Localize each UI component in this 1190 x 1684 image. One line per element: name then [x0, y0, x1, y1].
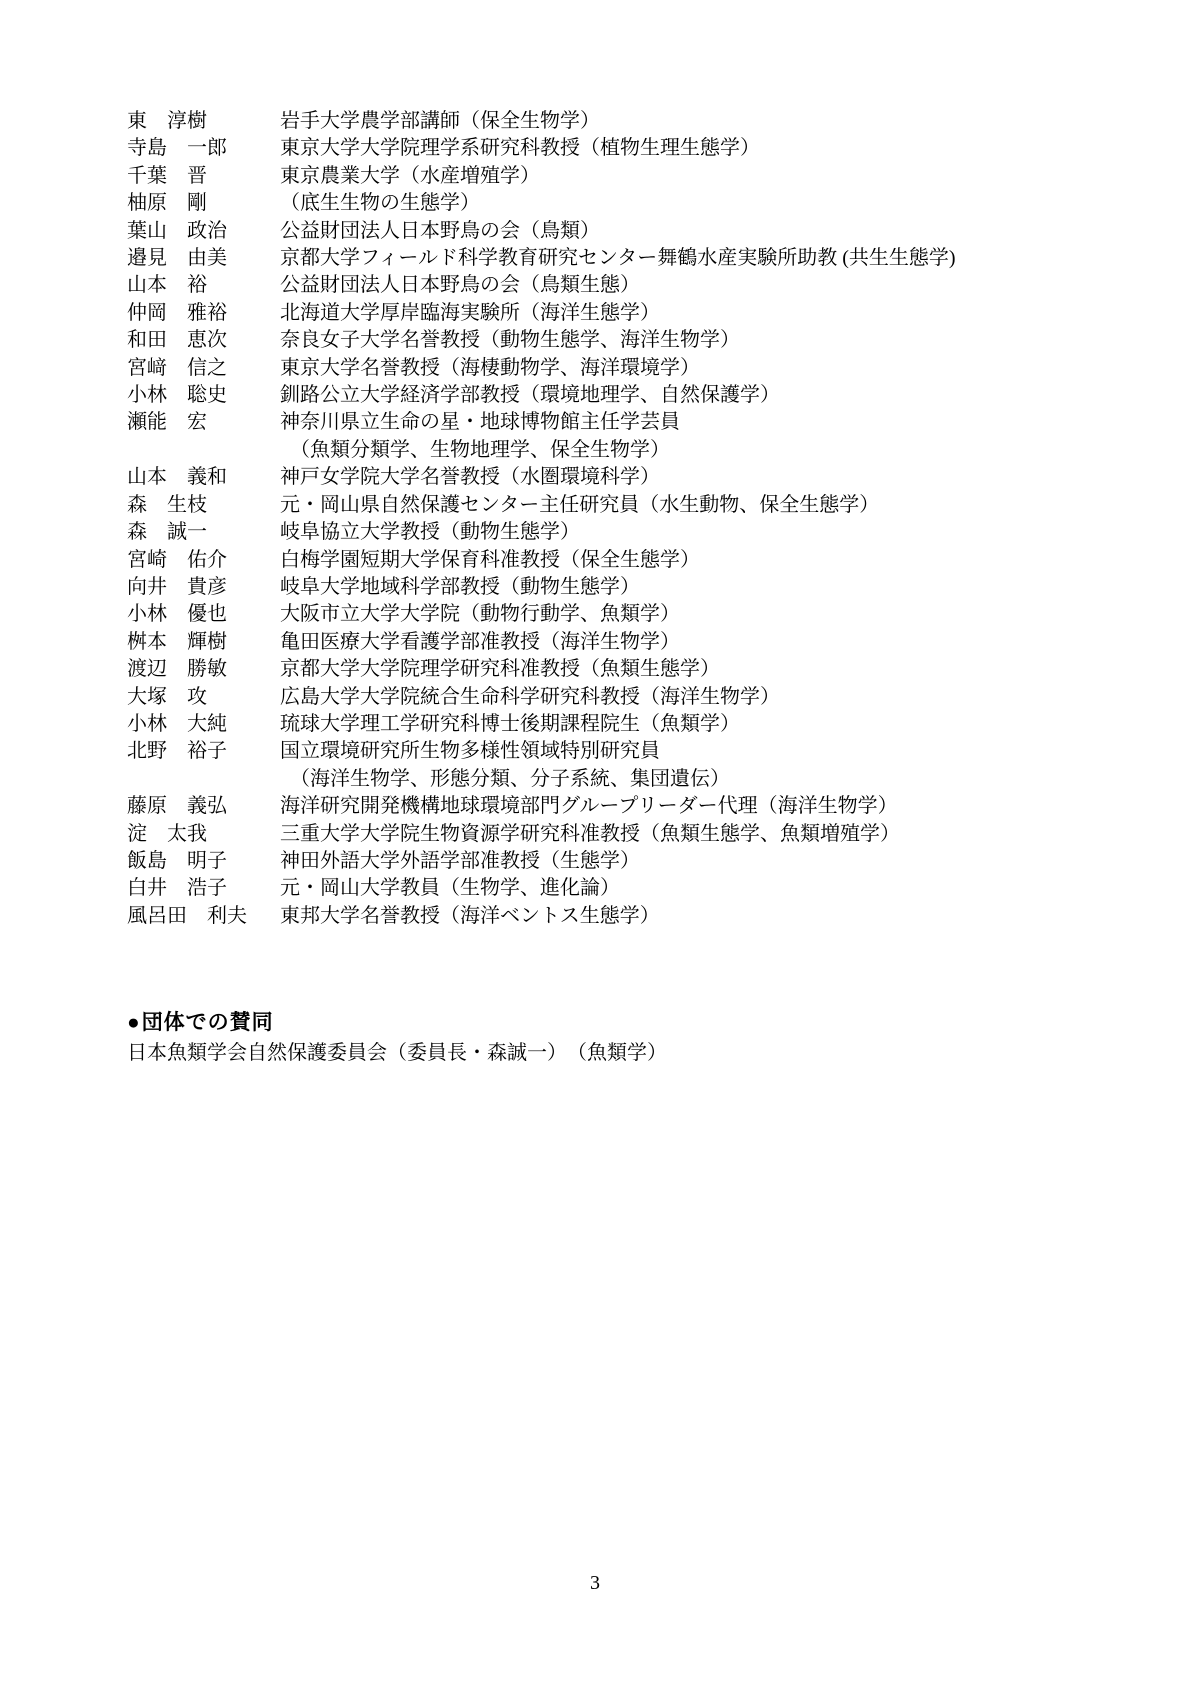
supporter-row: 葉山 政治 公益財団法人日本野鳥の会（鳥類）	[127, 218, 1167, 245]
supporter-name: 桝本 輝樹	[127, 629, 280, 656]
supporter-name: 渡辺 勝敏	[127, 656, 280, 683]
supporter-affiliation: 白梅学園短期大学保育科准教授（保全生態学）	[280, 547, 700, 574]
supporter-row: 仲岡 雅裕 北海道大学厚岸臨海実験所（海洋生態学）	[127, 300, 1167, 327]
supporter-affiliation: 神奈川県立生命の星・地球博物館主任学芸員	[280, 409, 680, 436]
supporter-affiliation: 岐阜大学地域科学部教授（動物生態学）	[280, 574, 640, 601]
group-endorsement-entry: 日本魚類学会自然保護委員会（委員長・森誠一） （魚類学）	[127, 1038, 1167, 1068]
page-content: 東 淳樹 岩手大学農学部講師（保全生物学） 寺島 一郎 東京大学大学院理学系研究…	[127, 108, 1167, 1068]
supporter-affiliation: 京都大学大学院理学研究科准教授（魚類生態学）	[280, 656, 720, 683]
supporter-row: 山本 義和 神戸女学院大学名誉教授（水圏環境科学）	[127, 464, 1167, 491]
supporter-name: 風呂田 利夫	[127, 903, 280, 930]
supporter-affiliation: 広島大学大学院統合生命科学研究科教授（海洋生物学）	[280, 684, 780, 711]
supporter-name: 森 誠一	[127, 519, 280, 546]
supporter-row: 森 生枝 元・岡山県自然保護センター主任研究員（水生動物、保全生態学）	[127, 492, 1167, 519]
supporter-affiliation: 神戸女学院大学名誉教授（水圏環境科学）	[280, 464, 660, 491]
supporter-name: 和田 恵次	[127, 327, 280, 354]
supporter-affiliation: 神田外語大学外語学部准教授（生態学）	[280, 848, 640, 875]
supporter-name: 仲岡 雅裕	[127, 300, 280, 327]
supporter-affiliation: 元・岡山県自然保護センター主任研究員（水生動物、保全生態学）	[280, 492, 879, 519]
supporter-affiliation-continued: （魚類分類学、生物地理学、保全生物学）	[280, 437, 670, 464]
supporter-name: 白井 浩子	[127, 875, 280, 902]
supporter-name: 森 生枝	[127, 492, 280, 519]
supporter-row: 森 誠一 岐阜協立大学教授（動物生態学）	[127, 519, 1167, 546]
supporter-row: 柚原 剛 （底生生物の生態学）	[127, 190, 1167, 217]
supporter-name: 邉見 由美	[127, 245, 280, 272]
supporter-list: 東 淳樹 岩手大学農学部講師（保全生物学） 寺島 一郎 東京大学大学院理学系研究…	[127, 108, 1167, 930]
supporter-affiliation: 東京大学大学院理学系研究科教授（植物生理生態学）	[280, 135, 760, 162]
supporter-row: 小林 聡史 釧路公立大学経済学部教授（環境地理学、自然保護学）	[127, 382, 1167, 409]
group-endorsement-title: 団体での賛同	[142, 1011, 274, 1034]
supporter-row: 白井 浩子 元・岡山大学教員（生物学、進化論）	[127, 875, 1167, 902]
supporter-affiliation: 海洋研究開発機構地球環境部門グループリーダー代理（海洋生物学）	[280, 793, 898, 820]
supporter-name: 向井 貴彦	[127, 574, 280, 601]
supporter-affiliation: 奈良女子大学名誉教授（動物生態学、海洋生物学）	[280, 327, 740, 354]
supporter-name: 小林 優也	[127, 601, 280, 628]
supporter-row: 向井 貴彦 岐阜大学地域科学部教授（動物生態学）	[127, 574, 1167, 601]
supporter-row: 瀬能 宏 神奈川県立生命の星・地球博物館主任学芸員	[127, 409, 1167, 436]
supporter-row: 桝本 輝樹 亀田医療大学看護学部准教授（海洋生物学）	[127, 629, 1167, 656]
supporter-name: 瀬能 宏	[127, 409, 280, 436]
supporter-affiliation: 東京大学名誉教授（海棲動物学、海洋環境学）	[280, 355, 700, 382]
supporter-row: 山本 裕 公益財団法人日本野鳥の会（鳥類生態）	[127, 272, 1167, 299]
supporter-row: 邉見 由美 京都大学フィールド科学教育研究センター舞鶴水産実験所助教 (共生生態…	[127, 245, 1167, 272]
supporter-name: 宮崎 佑介	[127, 547, 280, 574]
supporter-affiliation: 京都大学フィールド科学教育研究センター舞鶴水産実験所助教 (共生生態学)	[280, 245, 956, 272]
supporter-row: 風呂田 利夫 東邦大学名誉教授（海洋ベントス生態学）	[127, 903, 1167, 930]
supporter-affiliation: （底生生物の生態学）	[280, 190, 480, 217]
supporter-name: 北野 裕子	[127, 738, 280, 765]
supporter-affiliation: 亀田医療大学看護学部准教授（海洋生物学）	[280, 629, 680, 656]
supporter-affiliation: 東邦大学名誉教授（海洋ベントス生態学）	[280, 903, 660, 930]
supporter-name: 宮﨑 信之	[127, 355, 280, 382]
document-page: { "page": { "number": "3" }, "supporters…	[0, 0, 1190, 1684]
supporter-affiliation: 大阪市立大学大学院（動物行動学、魚類学）	[280, 601, 680, 628]
supporter-name: 寺島 一郎	[127, 135, 280, 162]
supporter-row: 小林 大純 琉球大学理工学研究科博士後期課程院生（魚類学）	[127, 711, 1167, 738]
supporter-row: 東 淳樹 岩手大学農学部講師（保全生物学）	[127, 108, 1167, 135]
supporter-row: 宮崎 佑介 白梅学園短期大学保育科准教授（保全生態学）	[127, 547, 1167, 574]
page-number: 3	[0, 1572, 1190, 1595]
supporter-affiliation: 北海道大学厚岸臨海実験所（海洋生態学）	[280, 300, 660, 327]
supporter-affiliation: 岐阜協立大学教授（動物生態学）	[280, 519, 580, 546]
supporter-row: 北野 裕子 国立環境研究所生物多様性領域特別研究員	[127, 738, 1167, 765]
supporter-row: 千葉 晋 東京農業大学（水産増殖学）	[127, 163, 1167, 190]
supporter-name: 山本 義和	[127, 464, 280, 491]
supporter-name: 小林 聡史	[127, 382, 280, 409]
supporter-affiliation: 公益財団法人日本野鳥の会（鳥類）	[280, 218, 600, 245]
supporter-affiliation: 元・岡山大学教員（生物学、進化論）	[280, 875, 620, 902]
supporter-name	[127, 766, 280, 793]
supporter-name: 淀 太我	[127, 821, 280, 848]
supporter-name: 葉山 政治	[127, 218, 280, 245]
supporter-row: 宮﨑 信之 東京大学名誉教授（海棲動物学、海洋環境学）	[127, 355, 1167, 382]
supporter-row: 和田 恵次 奈良女子大学名誉教授（動物生態学、海洋生物学）	[127, 327, 1167, 354]
supporter-row: 渡辺 勝敏 京都大学大学院理学研究科准教授（魚類生態学）	[127, 656, 1167, 683]
supporter-name: 千葉 晋	[127, 163, 280, 190]
supporter-row: （海洋生物学、形態分類、分子系統、集団遺伝）	[127, 766, 1167, 793]
group-endorsement-section: ●団体での賛同 日本魚類学会自然保護委員会（委員長・森誠一） （魚類学）	[127, 1008, 1167, 1068]
supporter-row: 飯島 明子 神田外語大学外語学部准教授（生態学）	[127, 848, 1167, 875]
supporter-affiliation: 釧路公立大学経済学部教授（環境地理学、自然保護学）	[280, 382, 780, 409]
supporter-name: 大塚 攻	[127, 684, 280, 711]
supporter-name: 藤原 義弘	[127, 793, 280, 820]
group-endorsement-heading: ●団体での賛同	[127, 1008, 1167, 1037]
supporter-row: 藤原 義弘 海洋研究開発機構地球環境部門グループリーダー代理（海洋生物学）	[127, 793, 1167, 820]
supporter-name: 小林 大純	[127, 711, 280, 738]
supporter-affiliation: 三重大学大学院生物資源学研究科准教授（魚類生態学、魚類増殖学）	[280, 821, 900, 848]
supporter-row: 大塚 攻 広島大学大学院統合生命科学研究科教授（海洋生物学）	[127, 684, 1167, 711]
supporter-name: 飯島 明子	[127, 848, 280, 875]
supporter-affiliation: 岩手大学農学部講師（保全生物学）	[280, 108, 600, 135]
supporter-name: 東 淳樹	[127, 108, 280, 135]
supporter-affiliation: 琉球大学理工学研究科博士後期課程院生（魚類学）	[280, 711, 740, 738]
supporter-affiliation-continued: （海洋生物学、形態分類、分子系統、集団遺伝）	[280, 766, 730, 793]
supporter-affiliation: 国立環境研究所生物多様性領域特別研究員	[280, 738, 660, 765]
supporter-row: 寺島 一郎 東京大学大学院理学系研究科教授（植物生理生態学）	[127, 135, 1167, 162]
supporter-affiliation: 東京農業大学（水産増殖学）	[280, 163, 540, 190]
supporter-name: 柚原 剛	[127, 190, 280, 217]
bullet-icon: ●	[127, 1011, 141, 1034]
supporter-row: 小林 優也 大阪市立大学大学院（動物行動学、魚類学）	[127, 601, 1167, 628]
supporter-affiliation: 公益財団法人日本野鳥の会（鳥類生態）	[280, 272, 640, 299]
supporter-row: 淀 太我 三重大学大学院生物資源学研究科准教授（魚類生態学、魚類増殖学）	[127, 821, 1167, 848]
supporter-name	[127, 437, 280, 464]
supporter-row: （魚類分類学、生物地理学、保全生物学）	[127, 437, 1167, 464]
supporter-name: 山本 裕	[127, 272, 280, 299]
